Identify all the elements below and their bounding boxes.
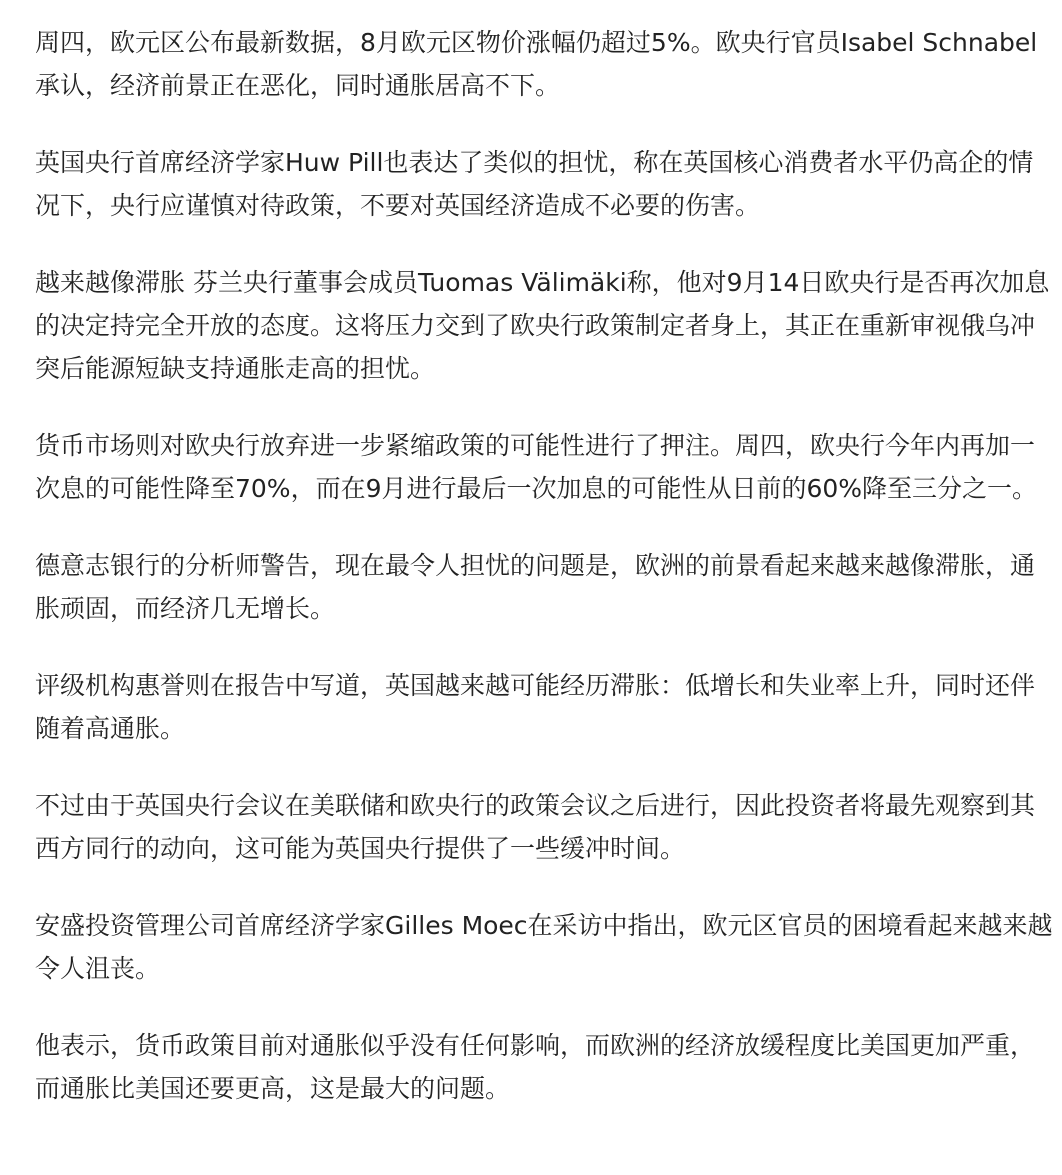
paragraph-axa-gilles-moec: 安盛投资管理公司首席经济学家Gilles Moec在采访中指出，欧元区官员的困境… (35, 904, 1057, 990)
paragraph-boe-huw-pill: 英国央行首席经济学家Huw Pill也表达了类似的担忧，称在英国核心消费者水平仍… (35, 141, 1057, 227)
paragraph-fitch-report: 评级机构惠誉则在报告中写道，英国越来越可能经历滞胀：低增长和失业率上升，同时还伴… (35, 664, 1057, 750)
paragraph-deutsche-bank-warning: 德意志银行的分析师警告，现在最令人担忧的问题是，欧洲的前景看起来越来越像滞胀，通… (35, 544, 1057, 630)
paragraph-stagflation-valimaki: 越来越像滞胀 芬兰央行董事会成员Tuomas Välimäki称，他对9月14日… (35, 261, 1057, 390)
paragraph-eurozone-inflation: 周四，欧元区公布最新数据，8月欧元区物价涨幅仍超过5%。欧央行官员Isabel … (35, 21, 1057, 107)
paragraph-boe-buffer-time: 不过由于英国央行会议在美联储和欧央行的政策会议之后进行，因此投资者将最先观察到其… (35, 784, 1057, 870)
paragraph-biggest-problem: 他表示，货币政策目前对通胀似乎没有任何影响，而欧洲的经济放缓程度比美国更加严重，… (35, 1024, 1057, 1110)
article-body: 周四，欧元区公布最新数据，8月欧元区物价涨幅仍超过5%。欧央行官员Isabel … (0, 0, 1057, 1110)
paragraph-money-market-bets: 货币市场则对欧央行放弃进一步紧缩政策的可能性进行了押注。周四，欧央行今年内再加一… (35, 424, 1057, 510)
